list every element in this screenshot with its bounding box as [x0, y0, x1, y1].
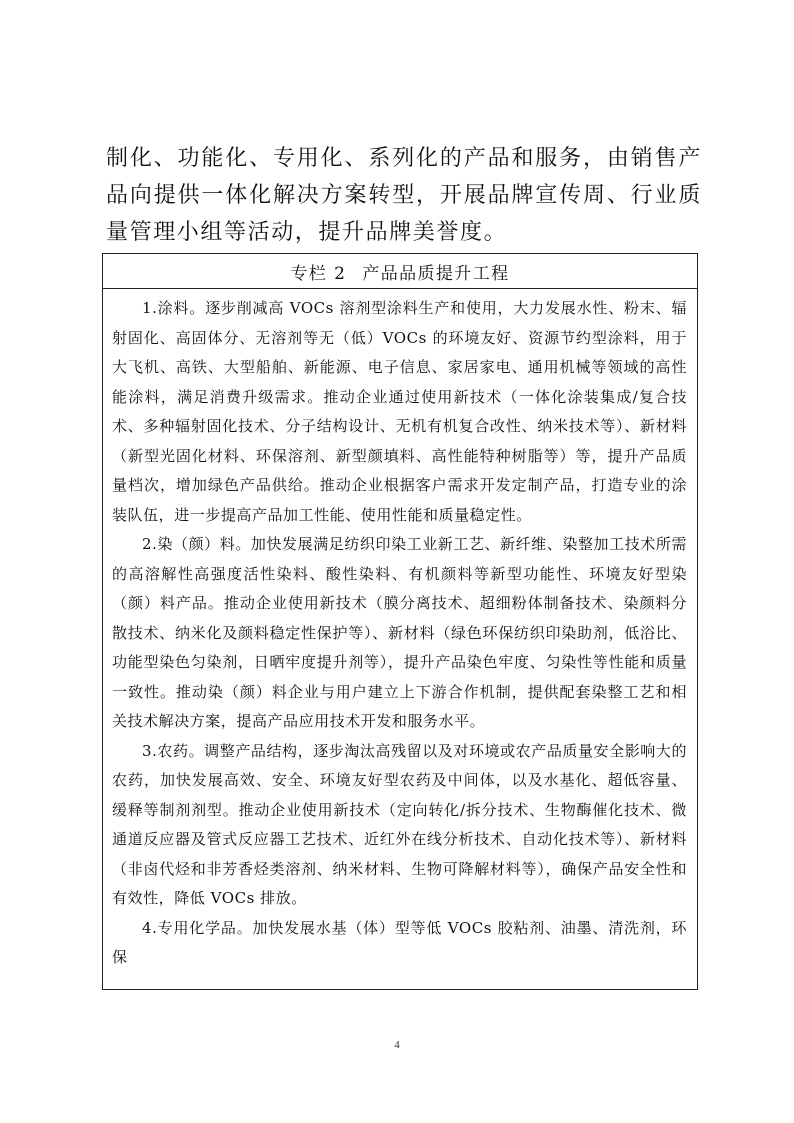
item-pesticides: 3.农药。调整产品结构，逐步淘汰高残留以及对环境或农产品质量安全影响大的农药，加… [112, 737, 687, 914]
intro-paragraph-block: 制化、功能化、专用化、系列化的产品和服务，由销售产品向提供一体化解决方案转型，开… [106, 140, 702, 251]
item-specialty-chemicals: 4.专用化学品。加快发展水基（体）型等低 VOCs 胶粘剂、油墨、清洗剂，环保 [112, 914, 687, 973]
page-number: 4 [0, 1039, 794, 1051]
document-page: 制化、功能化、专用化、系列化的产品和服务，由销售产品向提供一体化解决方案转型，开… [0, 0, 794, 1123]
column-box-body: 1.涂料。逐步削减高 VOCs 溶剂型涂料生产和使用，大力发展水性、粉末、辐射固… [103, 289, 697, 973]
column-number: 专栏 2 [290, 259, 346, 284]
item-coatings: 1.涂料。逐步削减高 VOCs 溶剂型涂料生产和使用，大力发展水性、粉末、辐射固… [112, 294, 687, 530]
column-box-header: 专栏 2 产品品质提升工程 [103, 254, 697, 289]
item-dyes-pigments: 2.染（颜）料。加快发展满足纺织印染工业新工艺、新纤维、染整加工技术所需的高溶解… [112, 530, 687, 737]
intro-paragraph: 制化、功能化、专用化、系列化的产品和服务，由销售产品向提供一体化解决方案转型，开… [106, 140, 702, 251]
column-box: 专栏 2 产品品质提升工程 1.涂料。逐步削减高 VOCs 溶剂型涂料生产和使用… [102, 253, 698, 990]
column-title: 产品品质提升工程 [362, 259, 509, 284]
